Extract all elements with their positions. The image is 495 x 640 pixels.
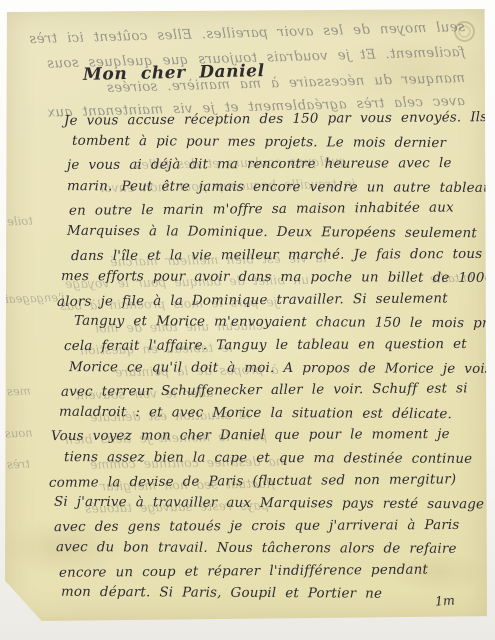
letter-line: avec des gens tatoués je crois que j'arr… <box>54 515 479 540</box>
folio-mark: 1m <box>435 592 456 608</box>
letter-line: marin. Peut être jamais encore vendre un… <box>67 176 479 200</box>
letter-line: maladroit : et avec Morice la situation … <box>59 401 479 426</box>
letter-line: dans l'île et la vie meilleur marché. Je… <box>71 243 479 268</box>
letter-line: tombent à pic pour mes projets. Le mois … <box>72 130 479 155</box>
letter-line: avec terreur Schuffenecker aller le voir… <box>61 378 479 404</box>
letter-line: Vous voyez mon cher Daniel que pour le m… <box>51 424 479 449</box>
letter-line: mon départ. Si Paris, Goupil et Portier … <box>61 582 479 607</box>
letter-line: Morice ce qu'il doit à moi. A propos de … <box>69 357 479 381</box>
letter-line: Marquises à la Dominique. Deux Européens… <box>67 221 479 246</box>
letter-line: Si j'arrive à travailler aux Marquises p… <box>54 492 479 517</box>
letter-line: en outre le marin m'offre sa maison inha… <box>69 198 479 224</box>
letter-line: je vous ai déjà dit ma rencontre heureus… <box>67 153 479 178</box>
salutation: Mon cher Daniel <box>83 61 265 85</box>
letter-line: Je vous accuse réception des 150 par vou… <box>64 107 479 133</box>
letter-line: cela ferait l'affaire. Tanguy le tableau… <box>64 334 479 359</box>
letter-body: Je vous accuse réception des 150 par vou… <box>49 109 479 606</box>
letter-ink-layer: Mon cher Daniel Je vous accuse réception… <box>5 9 487 621</box>
letter-line: mes efforts pour avoir dans ma poche un … <box>61 266 479 290</box>
scanned-letter-page: seul moyen de les avoir pareilles. Elles… <box>0 0 495 640</box>
letter-line: Tanguy et Morice m'envoyaient chacun 150… <box>74 311 479 336</box>
letter-line: comme la devise de Paris (fluctuat sed n… <box>49 469 479 495</box>
letter-line: tiens assez bien la cape et que ma desti… <box>64 447 479 471</box>
letter-paper: seul moyen de les avoir pareilles. Elles… <box>5 9 487 621</box>
letter-line: avec du bon travail. Nous tâcherons alor… <box>56 537 479 561</box>
